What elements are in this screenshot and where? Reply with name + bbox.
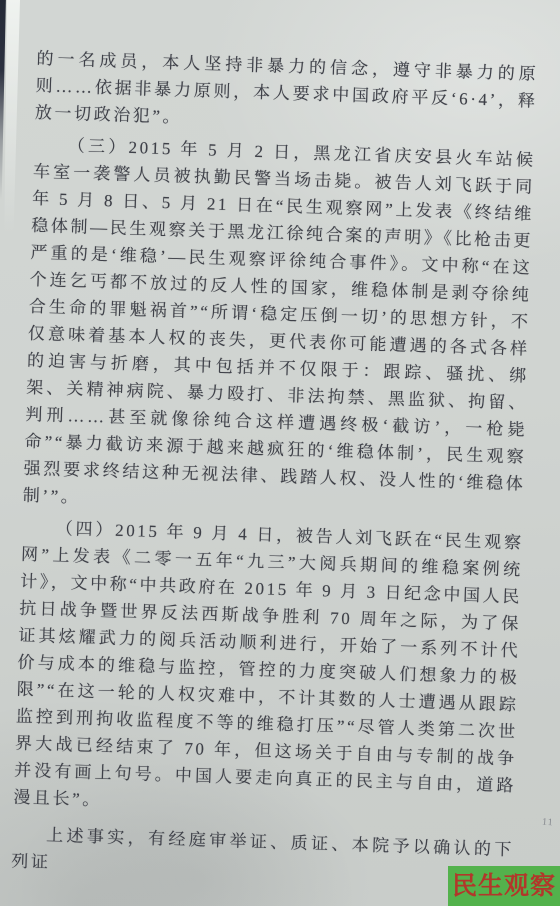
paper-edge-highlight [4, 0, 20, 260]
watermark-text: 民生观察 [452, 874, 556, 899]
page-number: 11 [542, 817, 554, 829]
paragraph-item-four: （四）2015 年 9 月 4 日，被告人刘飞跃在“民生观察网”上发表《二零一五… [13, 514, 524, 827]
photographed-court-document-page: 的一名成员，本人坚持非暴力的信念，遵守非暴力的原则……依据非暴力原则，本人要求中… [0, 0, 560, 906]
paragraph-facts-conclusion: 上述事实，有经庭审举证、质证、本院予以确认的下列证 [11, 821, 514, 891]
paragraph-item-three: （三）2015 年 5 月 2 日，黑龙江省庆安县火车站候车室一袭警人员被执勤民… [22, 131, 536, 525]
paragraph-continued: 的一名成员，本人坚持非暴力的信念，遵守非暴力的原则……依据非暴力原则，本人要求中… [34, 45, 538, 142]
document-text-block: 的一名成员，本人坚持非暴力的信念，遵守非暴力的原则……依据非暴力原则，本人要求中… [11, 45, 539, 895]
watermark-badge: 民生观察 [448, 866, 560, 906]
